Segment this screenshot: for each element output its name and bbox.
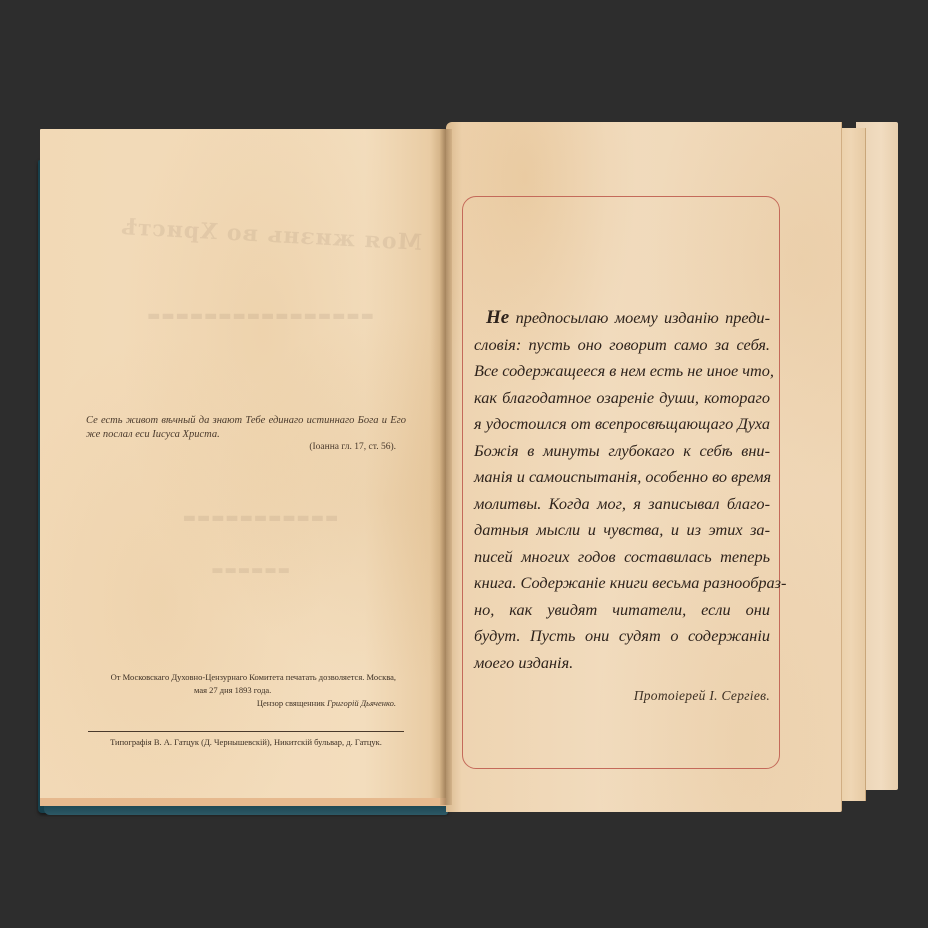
preface-initial: Не (486, 307, 509, 328)
censor-line: От Московскаго Духовно-Цензурнаго Комите… (86, 671, 396, 684)
preface-line: Не предпосылаю моему изданію преди- (474, 305, 770, 332)
epigraph-text: Се есть живот вѣчный да знают Тебе едина… (86, 414, 406, 442)
show-through-line: ▬▬▬▬▬▬ (190, 563, 310, 578)
censor-signature: Цензор священник Григорій Дьяченко. (86, 697, 396, 710)
divider-rule (88, 731, 404, 732)
epigraph-reference: (Іоанна гл. 17, ст. 56). (86, 442, 396, 452)
author-signature: Протоіерей І. Сергіев. (560, 688, 770, 704)
preface-line: Все содержащееся в нем есть не иное что, (474, 358, 770, 385)
preface-line: будут. Пусть они судят о содержаніи (474, 623, 770, 650)
preface-line: словія: пусть оно говорит само за себя. (474, 332, 770, 359)
preface-line: молитвы. Когда мог, я записывал благо- (474, 491, 770, 518)
show-through-line: ▬▬▬▬▬▬▬▬▬▬▬ (150, 510, 370, 526)
left-page-bottom-edge (40, 798, 446, 806)
censor-date: мая 27 дня 1893 года. (86, 684, 396, 697)
preface-text: Не предпосылаю моему изданію преди- слов… (474, 305, 770, 676)
preface-line: моего изданія. (474, 650, 770, 677)
book-cover-bottom-edge (44, 805, 448, 815)
book-photo: Моя жизнь во Христѣ ▬▬▬▬▬▬▬▬▬▬▬▬▬▬▬▬ ▬▬▬… (0, 0, 928, 928)
censor-approval: От Московскаго Духовно-Цензурнаго Комите… (86, 671, 396, 710)
printer-imprint: Типографія В. А. Гатцук (Д. Чернышевскій… (88, 737, 404, 747)
book-gutter (440, 129, 452, 805)
preface-line-text: предпосылаю моему изданію преди- (509, 308, 770, 327)
preface-line: книга. Содержаніе книги весьма разнообра… (474, 570, 770, 597)
censor-name: Григорій Дьяченко. (327, 698, 396, 708)
preface-line: я удостоился от всепросвѣщающаго Духа (474, 411, 770, 438)
censor-title: Цензор священник (257, 698, 327, 708)
preface-line: писей многих годов составилась теперь (474, 544, 770, 571)
preface-line: манія и самоиспытанія, особенно во время (474, 464, 770, 491)
preface-line: как благодатное озареніе души, котораго (474, 385, 770, 412)
preface-line: Божія в минуты глубокаго к себѣ вни- (474, 438, 770, 465)
preface-line: но, как увидят читатели, если они (474, 597, 770, 624)
preface-line: датныя мысли и чувства, и из этих за- (474, 517, 770, 544)
show-through-line: ▬▬▬▬▬▬▬▬▬▬▬▬▬▬▬▬ (110, 308, 410, 324)
